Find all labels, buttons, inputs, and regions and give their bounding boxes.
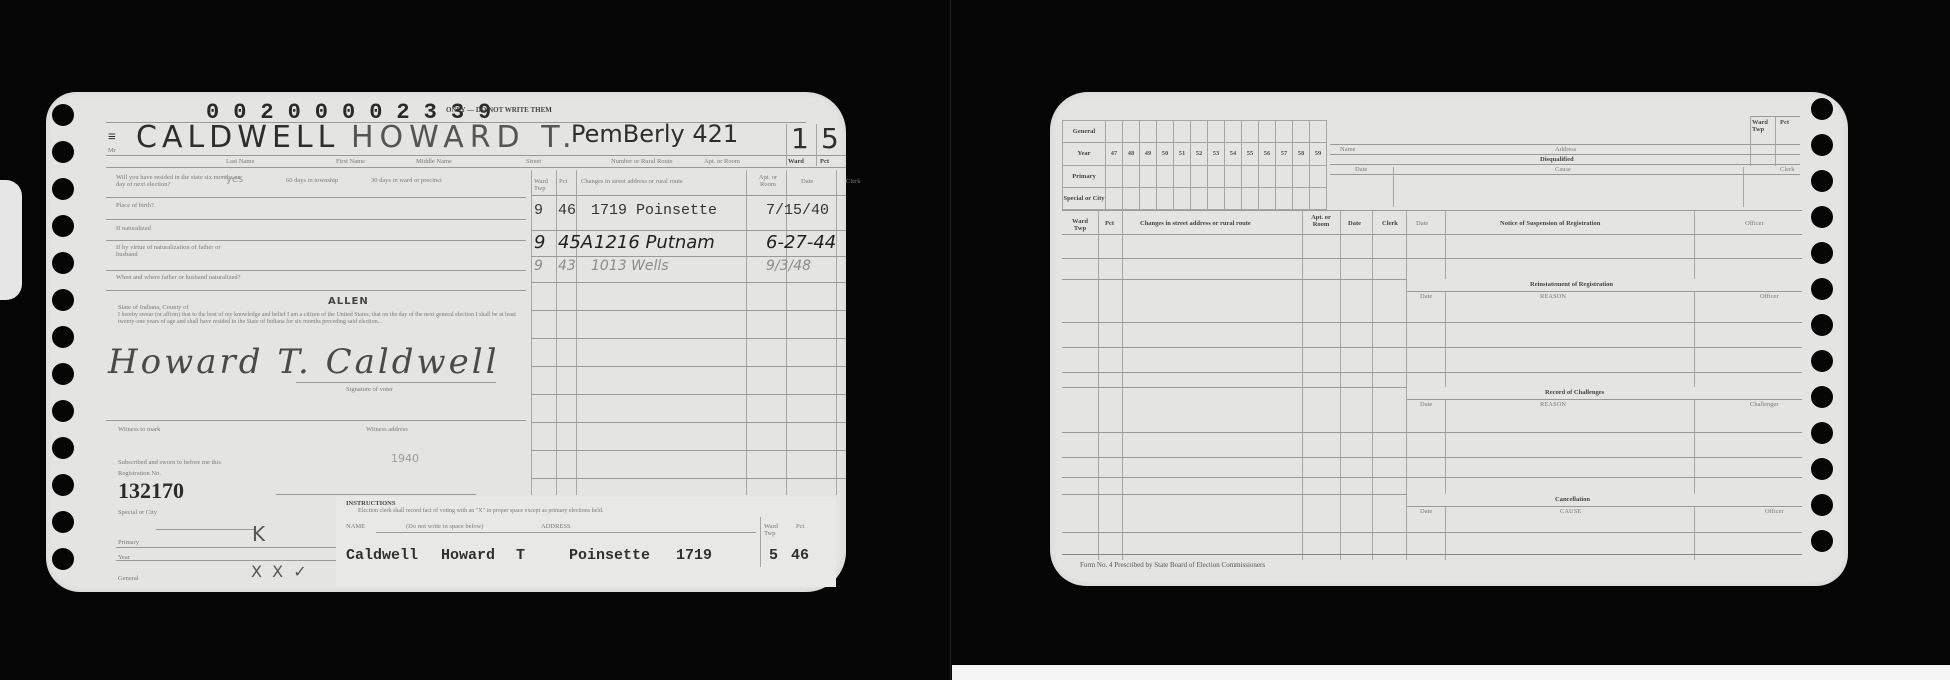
- scan-edge-strip: [952, 665, 1950, 680]
- change-row-pct: 45A: [558, 232, 593, 253]
- number-label: Number or Rural Route: [611, 158, 673, 165]
- instructions-title: INSTRUCTIONS: [346, 500, 396, 507]
- suspension-officer-label: Officer: [1745, 220, 1764, 227]
- binder-hole: [52, 141, 74, 163]
- election-cell: [1225, 187, 1242, 209]
- witness-label: Witness to mark: [118, 426, 160, 433]
- election-cell: [1191, 187, 1208, 209]
- binder-hole: [52, 437, 74, 459]
- election-cell: [1276, 121, 1293, 143]
- typed-pct: 46: [791, 547, 809, 564]
- election-cell: [1191, 121, 1208, 143]
- election-cell: [1208, 187, 1225, 209]
- challenges-title: Record of Challenges: [1545, 389, 1604, 396]
- changes-header-pct: Pct: [559, 178, 567, 185]
- residency-q3: 30 days in ward or precinct: [371, 177, 442, 184]
- residency-q1-answer: yes: [226, 174, 243, 185]
- instructions-pct: Pct: [796, 523, 804, 530]
- election-cell: [1174, 187, 1191, 209]
- address-label: Address: [1555, 146, 1576, 153]
- election-cell: [1276, 187, 1293, 209]
- election-cell: 54: [1225, 143, 1242, 165]
- instructions-address: ADDRESS: [541, 523, 571, 530]
- binder-hole: [52, 511, 74, 533]
- typed-street: Poinsette: [569, 547, 650, 564]
- given-name: HOWARD T.: [351, 120, 578, 155]
- election-cell: [1191, 165, 1208, 187]
- voter-signature: Howard T. Caldwell: [108, 342, 500, 382]
- cancellation-officer-label: Officer: [1765, 508, 1784, 515]
- election-cell: [1242, 165, 1259, 187]
- oath-text: I hereby swear (or affirm) that to the b…: [118, 312, 518, 325]
- change-row-ward: 9: [534, 258, 543, 274]
- change-row-address: 1013 Wells: [591, 258, 669, 274]
- instructions-text: Election clerk shall record fact of voti…: [358, 508, 828, 515]
- election-cell: 56: [1259, 143, 1276, 165]
- change-row-date: 7/15/40: [766, 202, 829, 219]
- binder-hole: [1811, 314, 1833, 336]
- change-row-ward: 9: [534, 202, 543, 219]
- binder-hole: [1811, 350, 1833, 372]
- cancellation-date-label: Date: [1420, 508, 1432, 515]
- election-cell: [1123, 121, 1140, 143]
- binder-hole: [1811, 242, 1833, 264]
- binder-hole: [1811, 530, 1833, 552]
- binder-hole: [52, 400, 74, 422]
- binder-hole: [52, 289, 74, 311]
- naturalized-note: If by virtue of naturalization of father…: [116, 244, 226, 258]
- binder-hole: [52, 178, 74, 200]
- election-cell: 50: [1157, 143, 1174, 165]
- election-cell: [1293, 187, 1310, 209]
- back-header-date: Date: [1348, 220, 1361, 227]
- instructions-note: (Do not write in space below): [406, 523, 483, 530]
- election-cell: 47: [1106, 143, 1123, 165]
- election-cell: [1310, 165, 1327, 187]
- suspension-date-label: Date: [1416, 220, 1428, 227]
- challenges-reason-label: REASON: [1540, 401, 1566, 408]
- election-row-label: Year: [1063, 143, 1106, 165]
- binder-hole: [52, 252, 74, 274]
- election-year-grid: GeneralYear47484950515253545556575859Pri…: [1062, 120, 1327, 210]
- typed-first-name: Howard: [441, 547, 495, 564]
- challenges-date-label: Date: [1420, 401, 1432, 408]
- disqualified-label: Disqualified: [1540, 156, 1574, 163]
- reinstatement-date-label: Date: [1420, 293, 1432, 300]
- election-cell: [1242, 121, 1259, 143]
- election-cell: 57: [1276, 143, 1293, 165]
- election-cell: 55: [1242, 143, 1259, 165]
- binder-hole: [1811, 170, 1833, 192]
- adjacent-card-edge: [0, 180, 22, 300]
- election-cell: [1140, 121, 1157, 143]
- registration-label: Registration No.: [118, 470, 161, 477]
- election-cell: [1310, 121, 1327, 143]
- election-cell: [1174, 121, 1191, 143]
- ward-label: Ward: [788, 158, 804, 165]
- binder-hole: [1811, 134, 1833, 156]
- binder-hole: [1811, 206, 1833, 228]
- election-row-label: Special or City: [1063, 187, 1106, 209]
- ward-label-back: Ward Twp: [1752, 119, 1772, 133]
- subscribed-year: 1940: [391, 452, 419, 465]
- election-cell: [1293, 165, 1310, 187]
- street-name: PemBerly 421: [571, 120, 738, 148]
- binder-hole: [52, 363, 74, 385]
- binder-hole: [1811, 278, 1833, 300]
- residency-q2: 60 days in township: [286, 177, 338, 184]
- binder-hole: [1811, 422, 1833, 444]
- election-cell: 48: [1123, 143, 1140, 165]
- reinstatement-reason-label: REASON: [1540, 293, 1566, 300]
- back-header-ward: Ward Twp: [1068, 218, 1092, 232]
- binder-hole: [52, 104, 74, 126]
- registration-number: 132170: [118, 478, 184, 504]
- changes-header-apt: Apt. or Room: [751, 174, 785, 188]
- typed-ward: 5: [769, 547, 778, 564]
- registration-card-back: GeneralYear47484950515253545556575859Pri…: [1050, 92, 1848, 586]
- election-row-label: General: [1063, 121, 1106, 143]
- form-footer: Form No. 4 Prescribed by State Board of …: [1080, 562, 1265, 570]
- naturalized-label: If naturalized: [116, 225, 151, 232]
- ward-value: 1: [791, 122, 809, 155]
- election-cell: [1259, 121, 1276, 143]
- subscribed-label: Subscribed and sworn to before me this: [118, 459, 221, 466]
- typed-last-name: Caldwell: [346, 547, 418, 564]
- election-cell: [1242, 187, 1259, 209]
- surname: CALDWELL: [136, 120, 339, 155]
- election-cell: [1259, 187, 1276, 209]
- cancellation-cause-label: CAUSE: [1560, 508, 1581, 515]
- election-cell: 52: [1191, 143, 1208, 165]
- pct-label-back: Pct: [1780, 119, 1789, 126]
- election-cell: 51: [1174, 143, 1191, 165]
- binder-hole: [52, 548, 74, 570]
- witness-address-label: Witness address: [366, 426, 408, 433]
- election-cell: [1310, 187, 1327, 209]
- place-of-birth-label: Place of birth?: [116, 202, 154, 209]
- election-cell: [1123, 165, 1140, 187]
- where-naturalized-label: When and where father or husband natural…: [116, 274, 246, 281]
- binder-hole: [1811, 98, 1833, 120]
- changes-header-clerk: Clerk: [846, 178, 860, 185]
- election-cell: [1106, 165, 1123, 187]
- scan-divider: [950, 0, 951, 680]
- change-row-date: 6-27-44: [766, 232, 836, 253]
- election-cell: [1293, 121, 1310, 143]
- election-cell: 58: [1293, 143, 1310, 165]
- binder-hole: [52, 474, 74, 496]
- election-cell: 59: [1310, 143, 1327, 165]
- election-cell: [1123, 187, 1140, 209]
- election-cell: [1106, 187, 1123, 209]
- reinstatement-officer-label: Officer: [1760, 293, 1779, 300]
- change-row-address: 1719 Poinsette: [591, 202, 717, 219]
- election-cell: [1225, 165, 1242, 187]
- name-label: Name: [1340, 146, 1356, 153]
- back-header-apt: Apt. or Room: [1307, 214, 1335, 228]
- binder-hole: [52, 215, 74, 237]
- typed-street-number: 1719: [676, 547, 712, 564]
- election-cell: [1208, 165, 1225, 187]
- election-cell: [1157, 165, 1174, 187]
- change-row-pct: 46: [558, 202, 576, 219]
- general-label: General: [118, 575, 139, 582]
- challenges-challenger-label: Challenger: [1750, 401, 1779, 408]
- changes-header-date: Date: [801, 178, 813, 185]
- election-cell: [1106, 121, 1123, 143]
- middle-name-label: Middle Name: [416, 158, 452, 165]
- election-cell: [1208, 121, 1225, 143]
- county-label: State of Indiana, County of: [118, 304, 189, 311]
- changes-header-address: Changes in street address or rural route: [581, 178, 683, 185]
- change-row-pct: 43: [558, 258, 576, 274]
- apt-label: Apt. or Room: [704, 158, 740, 165]
- election-cell: [1157, 187, 1174, 209]
- back-header-pct: Pct: [1105, 220, 1114, 227]
- election-cell: [1157, 121, 1174, 143]
- election-cell: 53: [1208, 143, 1225, 165]
- instructions-ward: Ward Twp: [764, 523, 784, 537]
- reinstatement-title: Reinstatement of Registration: [1530, 281, 1613, 288]
- election-cell: [1276, 165, 1293, 187]
- election-cell: 49: [1140, 143, 1157, 165]
- header-note: ONLY — DO NOT WRITE THEM: [446, 107, 552, 115]
- pct-value: 5: [821, 122, 839, 155]
- disqualified-date-label: Date: [1355, 166, 1367, 173]
- first-name-label: First Name: [336, 158, 365, 165]
- suspension-title: Notice of Suspension of Registration: [1500, 220, 1600, 227]
- change-row-address: 1216 Putnam: [594, 232, 715, 253]
- election-cell: [1140, 187, 1157, 209]
- election-cell: [1140, 165, 1157, 187]
- primary-label: Primary: [118, 539, 139, 546]
- election-row-label: Primary: [1063, 165, 1106, 187]
- election-cell: [1174, 165, 1191, 187]
- change-row-ward: 9: [534, 232, 545, 253]
- binder-hole: [1811, 494, 1833, 516]
- prefix-label: Mr: [108, 147, 116, 154]
- change-row-date: 9/3/48: [766, 258, 811, 274]
- registration-card-front: 00200002339 ONLY — DO NOT WRITE THEM ≡ M…: [46, 92, 846, 592]
- county-value: ALLEN: [328, 296, 369, 307]
- binder-hole: [1811, 386, 1833, 408]
- instructions-name: NAME: [346, 523, 365, 530]
- election-cell: [1259, 165, 1276, 187]
- signature-label: Signature of voter: [346, 386, 393, 393]
- pct-label: Pct: [820, 158, 829, 165]
- changes-header-ward: Ward Twp: [534, 178, 554, 192]
- last-name-label: Last Name: [226, 158, 254, 165]
- cancellation-title: Cancellation: [1555, 496, 1590, 503]
- typed-middle-initial: T: [516, 547, 525, 564]
- election-cell: [1225, 121, 1242, 143]
- binder-hole: [1811, 458, 1833, 480]
- back-header-address: Changes in street address or rural route: [1140, 220, 1251, 227]
- disqualified-clerk-label: Clerk: [1780, 166, 1794, 173]
- disqualified-cause-label: Cause: [1555, 166, 1571, 173]
- special-city-label: Special or City: [118, 509, 157, 516]
- street-label: Street: [526, 158, 541, 165]
- binder-hole: [52, 326, 74, 348]
- back-header-clerk: Clerk: [1382, 220, 1398, 227]
